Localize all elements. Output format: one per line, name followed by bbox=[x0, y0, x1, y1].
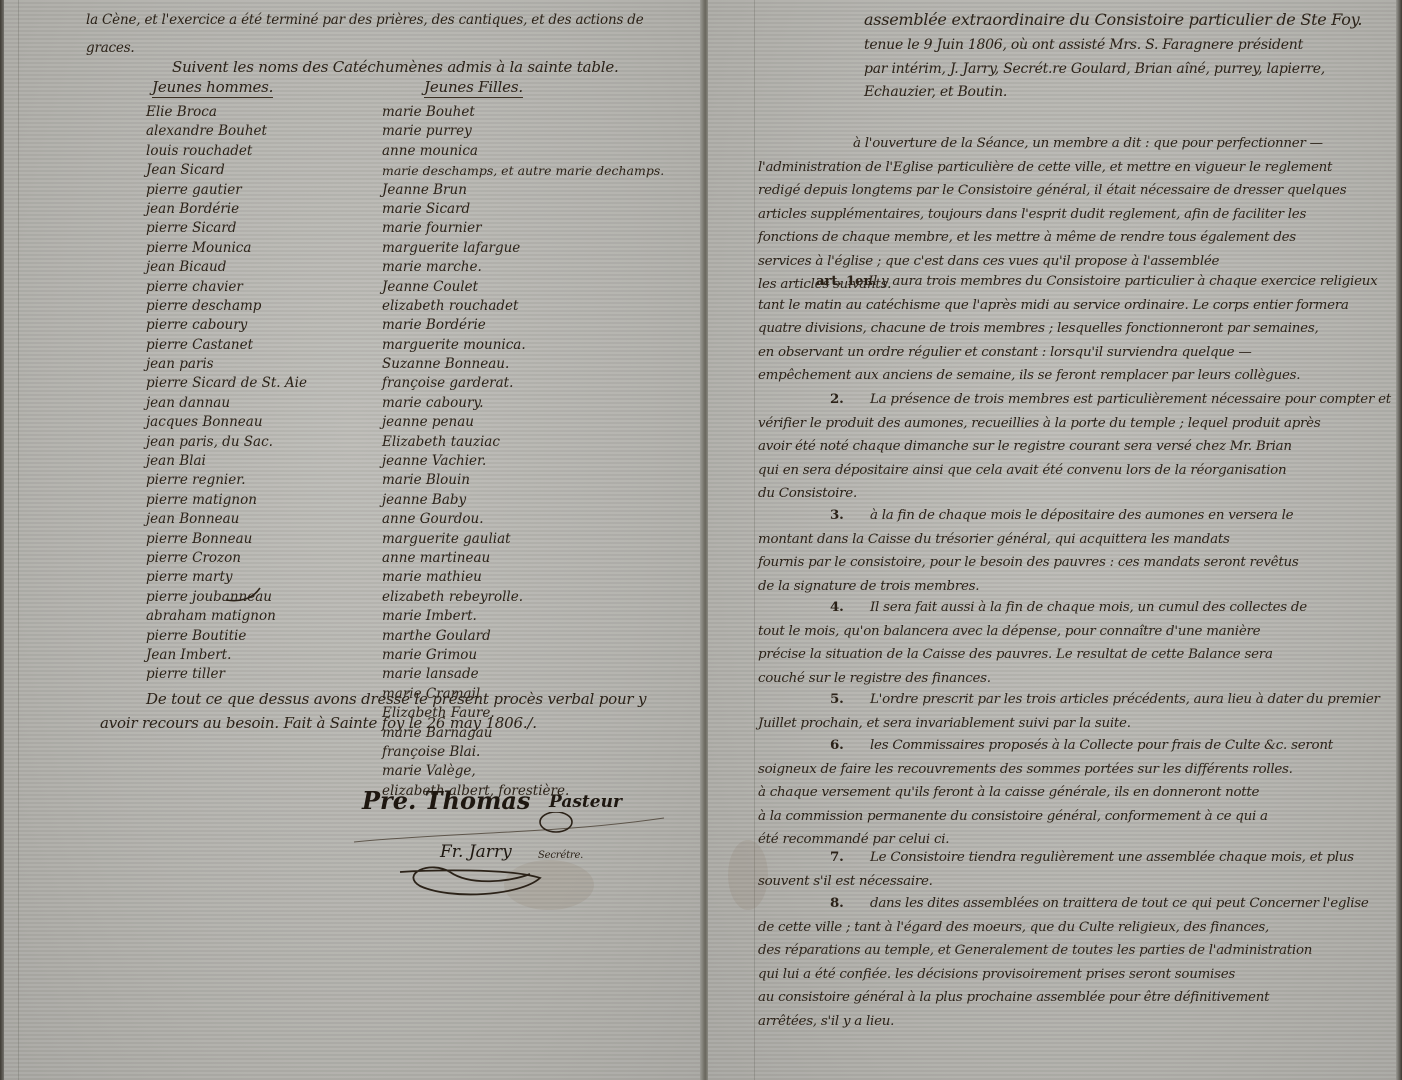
list-item: anne Gourdou. bbox=[382, 510, 664, 529]
list-item: françoise Blai. bbox=[382, 743, 664, 762]
article-2: 2.La présence de trois membres est parti… bbox=[758, 388, 1391, 506]
list-item: pierre chavier bbox=[146, 278, 307, 297]
closing-line-2: avoir recours au besoin. Fait à Sainte f… bbox=[100, 714, 537, 732]
list-item: pierre Sicard de St. Aie bbox=[146, 374, 307, 393]
article-number: 4. bbox=[830, 596, 870, 620]
intro-line-1: la Cène, et l'exercice a été terminé par… bbox=[86, 12, 644, 28]
list-item: elizabeth rouchadet bbox=[382, 297, 664, 316]
list-item: marie deschamps, et autre marie dechamps… bbox=[382, 161, 664, 180]
article-6: 6.les Commissaires proposés à la Collect… bbox=[758, 734, 1333, 852]
article-line: précise la situation de la Caisse des pa… bbox=[758, 643, 1307, 667]
preamble-line: à l'ouverture de la Séance, un membre a … bbox=[758, 132, 1346, 156]
article-line: vérifier le produit des aumones, recueil… bbox=[758, 412, 1391, 436]
article-line: dans les dites assemblées on traittera d… bbox=[870, 896, 1369, 911]
article-line: couché sur le registre des finances. bbox=[758, 667, 1307, 691]
list-item: marie Imbert. bbox=[382, 607, 664, 626]
signature-pastor-title: Pasteur bbox=[549, 792, 622, 812]
list-item: jean dannau bbox=[146, 394, 307, 413]
list-item: pierre Mounica bbox=[146, 239, 307, 258]
list-item: marie purrey bbox=[382, 122, 664, 141]
article-line: souvent s'il est nécessaire. bbox=[758, 870, 1354, 894]
list-item: pierre gautier bbox=[146, 181, 307, 200]
article-5: 5.L'ordre prescrit par les trois article… bbox=[758, 688, 1380, 735]
header-line: par intérim, J. Jarry, Secrét.re Goulard… bbox=[864, 58, 1362, 82]
list-item: marie Grimou bbox=[382, 646, 664, 665]
article-line: Il sera fait aussi à la fin de chaque mo… bbox=[870, 600, 1307, 615]
list-item: marie marche. bbox=[382, 258, 664, 277]
ruled-margin bbox=[18, 0, 19, 1080]
signature-pastor: Pre. Thomas bbox=[362, 786, 530, 815]
article-line: fournis par le consistoire, pour le beso… bbox=[758, 551, 1298, 575]
list-item: jacques Bonneau bbox=[146, 413, 307, 432]
list-item: Jeanne Brun bbox=[382, 181, 664, 200]
list-item: pierre tiller bbox=[146, 665, 307, 684]
article-line: en observant un ordre régulier et consta… bbox=[758, 341, 1377, 365]
list-item: jeanne Baby bbox=[382, 491, 664, 510]
article-line: soigneux de faire les recouvrements des … bbox=[758, 758, 1333, 782]
article-line: qui en sera dépositaire ainsi que cela a… bbox=[758, 459, 1391, 483]
article-number: 8. bbox=[830, 892, 870, 916]
list-item: marie lansade bbox=[382, 665, 664, 684]
preamble-line: redigé depuis longtems par le Consistoir… bbox=[758, 179, 1346, 203]
article-3: 3.à la fin de chaque mois le dépositaire… bbox=[758, 504, 1298, 598]
article-line: tant le matin au catéchisme que l'après … bbox=[758, 294, 1377, 318]
list-item: jean Bicaud bbox=[146, 258, 307, 277]
article-number: 5. bbox=[830, 688, 870, 712]
article-line: à chaque versement qu'ils feront à la ca… bbox=[758, 781, 1333, 805]
article-line: montant dans la Caisse du trésorier géné… bbox=[758, 528, 1298, 552]
article-line: du Consistoire. bbox=[758, 482, 1391, 506]
article-line: tout le mois, qu'on balancera avec la dé… bbox=[758, 620, 1307, 644]
article-line: arrêtées, s'il y a lieu. bbox=[758, 1010, 1369, 1034]
article-number: art. 1er. bbox=[816, 270, 868, 294]
article-line: Le Consistoire tiendra regulièrement une… bbox=[870, 850, 1354, 865]
article-number: 2. bbox=[830, 388, 870, 412]
list-item: Elizabeth tauziac bbox=[382, 433, 664, 452]
article-8: 8.dans les dites assemblées on traittera… bbox=[758, 892, 1369, 1033]
signature-flourish bbox=[334, 812, 694, 852]
article-line: empêchement aux anciens de semaine, ils … bbox=[758, 364, 1377, 388]
article-number: 6. bbox=[830, 734, 870, 758]
closing-line-1: De tout ce que dessus avons dressé le pr… bbox=[146, 690, 646, 708]
list-item: jean paris bbox=[146, 355, 307, 374]
preamble-line: articles supplémentaires, toujours dans … bbox=[758, 203, 1346, 227]
list-item: jeanne Vachier. bbox=[382, 452, 664, 471]
list-item: marguerite mounica. bbox=[382, 336, 664, 355]
list-item: Elie Broca bbox=[146, 103, 307, 122]
list-item: anne martineau bbox=[382, 549, 664, 568]
list-item: marguerite lafargue bbox=[382, 239, 664, 258]
article-line: quatre divisions, chacune de trois membr… bbox=[758, 317, 1377, 341]
list-item: françoise garderat. bbox=[382, 374, 664, 393]
list-item: jean Blai bbox=[146, 452, 307, 471]
article-line: les Commissaires proposés à la Collecte … bbox=[870, 738, 1333, 753]
list-end-flourish bbox=[224, 584, 264, 606]
list-item: elizabeth rebeyrolle. bbox=[382, 588, 664, 607]
list-item: marguerite gauliat bbox=[382, 530, 664, 549]
article-1: art. 1er.Il y aura trois membres du Cons… bbox=[758, 270, 1377, 388]
document-spread: la Cène, et l'exercice a été terminé par… bbox=[0, 0, 1402, 1080]
list-item: pierre Boutitie bbox=[146, 627, 307, 646]
list-item: jean Bordérie bbox=[146, 200, 307, 219]
right-page: assemblée extraordinaire du Consistoire … bbox=[708, 0, 1398, 1080]
list-item: pierre deschamp bbox=[146, 297, 307, 316]
list-item: marie Blouin bbox=[382, 471, 664, 490]
list-item: pierre Bonneau bbox=[146, 530, 307, 549]
list-item: Jean Sicard bbox=[146, 161, 307, 180]
intro-line-2: graces. bbox=[86, 40, 135, 56]
list-item: pierre matignon bbox=[146, 491, 307, 510]
article-line: de la signature de trois membres. bbox=[758, 575, 1298, 599]
list-item: jeanne penau bbox=[382, 413, 664, 432]
list-item: anne mounica bbox=[382, 142, 664, 161]
young-women-header: Jeunes Filles. bbox=[424, 78, 523, 98]
list-item: alexandre Bouhet bbox=[146, 122, 307, 141]
article-4: 4.Il sera fait aussi à la fin de chaque … bbox=[758, 596, 1307, 690]
list-item: pierre regnier. bbox=[146, 471, 307, 490]
article-number: 3. bbox=[830, 504, 870, 528]
article-line: Il y aura trois membres du Consistoire p… bbox=[868, 274, 1377, 289]
meeting-header: assemblée extraordinaire du Consistoire … bbox=[864, 6, 1362, 105]
book-edge-right bbox=[1396, 0, 1402, 1080]
article-number: 7. bbox=[830, 846, 870, 870]
list-item: pierre caboury bbox=[146, 316, 307, 335]
preamble-line: l'administration de l'Eglise particulièr… bbox=[758, 156, 1346, 180]
list-item: Jean Imbert. bbox=[146, 646, 307, 665]
list-item: marthe Goulard bbox=[382, 627, 664, 646]
list-item: marie Valège, bbox=[382, 762, 664, 781]
header-title: assemblée extraordinaire du Consistoire … bbox=[864, 6, 1362, 34]
list-item: pierre Castanet bbox=[146, 336, 307, 355]
ruled-margin bbox=[754, 0, 755, 1080]
list-item: marie Sicard bbox=[382, 200, 664, 219]
list-item: marie Bordérie bbox=[382, 316, 664, 335]
list-item: abraham matignon bbox=[146, 607, 307, 626]
article-line: à la commission permanente du consistoir… bbox=[758, 805, 1333, 829]
list-item: marie Bouhet bbox=[382, 103, 664, 122]
list-item: marie mathieu bbox=[382, 568, 664, 587]
left-page: la Cène, et l'exercice a été terminé par… bbox=[4, 0, 702, 1080]
article-7: 7.Le Consistoire tiendra regulièrement u… bbox=[758, 846, 1354, 893]
article-line: des réparations au temple, et Generaleme… bbox=[758, 939, 1369, 963]
list-item: jean paris, du Sac. bbox=[146, 433, 307, 452]
article-line: à la fin de chaque mois le dépositaire d… bbox=[870, 508, 1293, 523]
article-line: Juillet prochain, et sera invariablement… bbox=[758, 712, 1380, 736]
list-item: jean Bonneau bbox=[146, 510, 307, 529]
list-item: pierre Sicard bbox=[146, 219, 307, 238]
article-line: avoir été noté chaque dimanche sur le re… bbox=[758, 435, 1391, 459]
secretary-flourish bbox=[390, 856, 550, 902]
header-line: Echauzier, et Boutin. bbox=[864, 81, 1362, 105]
young-men-header: Jeunes hommes. bbox=[152, 78, 273, 98]
article-line: de cette ville ; tant à l'égard des moeu… bbox=[758, 916, 1369, 940]
list-item: pierre Crozon bbox=[146, 549, 307, 568]
list-heading: Suivent les noms des Catéchumènes admis … bbox=[172, 58, 619, 76]
article-line: La présence de trois membres est particu… bbox=[870, 392, 1391, 407]
list-item: marie fournier bbox=[382, 219, 664, 238]
article-line: L'ordre prescrit par les trois articles … bbox=[870, 692, 1380, 707]
preamble-line: fonctions de chaque membre, et les mettr… bbox=[758, 226, 1346, 250]
list-item: Jeanne Coulet bbox=[382, 278, 664, 297]
article-line: qui lui a été confiée. les décisions pro… bbox=[758, 963, 1369, 987]
list-item: marie caboury. bbox=[382, 394, 664, 413]
article-line: au consistoire général à la plus prochai… bbox=[758, 986, 1369, 1010]
list-item: Suzanne Bonneau. bbox=[382, 355, 664, 374]
header-line: tenue le 9 Juin 1806, où ont assisté Mrs… bbox=[864, 34, 1362, 58]
list-item: louis rouchadet bbox=[146, 142, 307, 161]
